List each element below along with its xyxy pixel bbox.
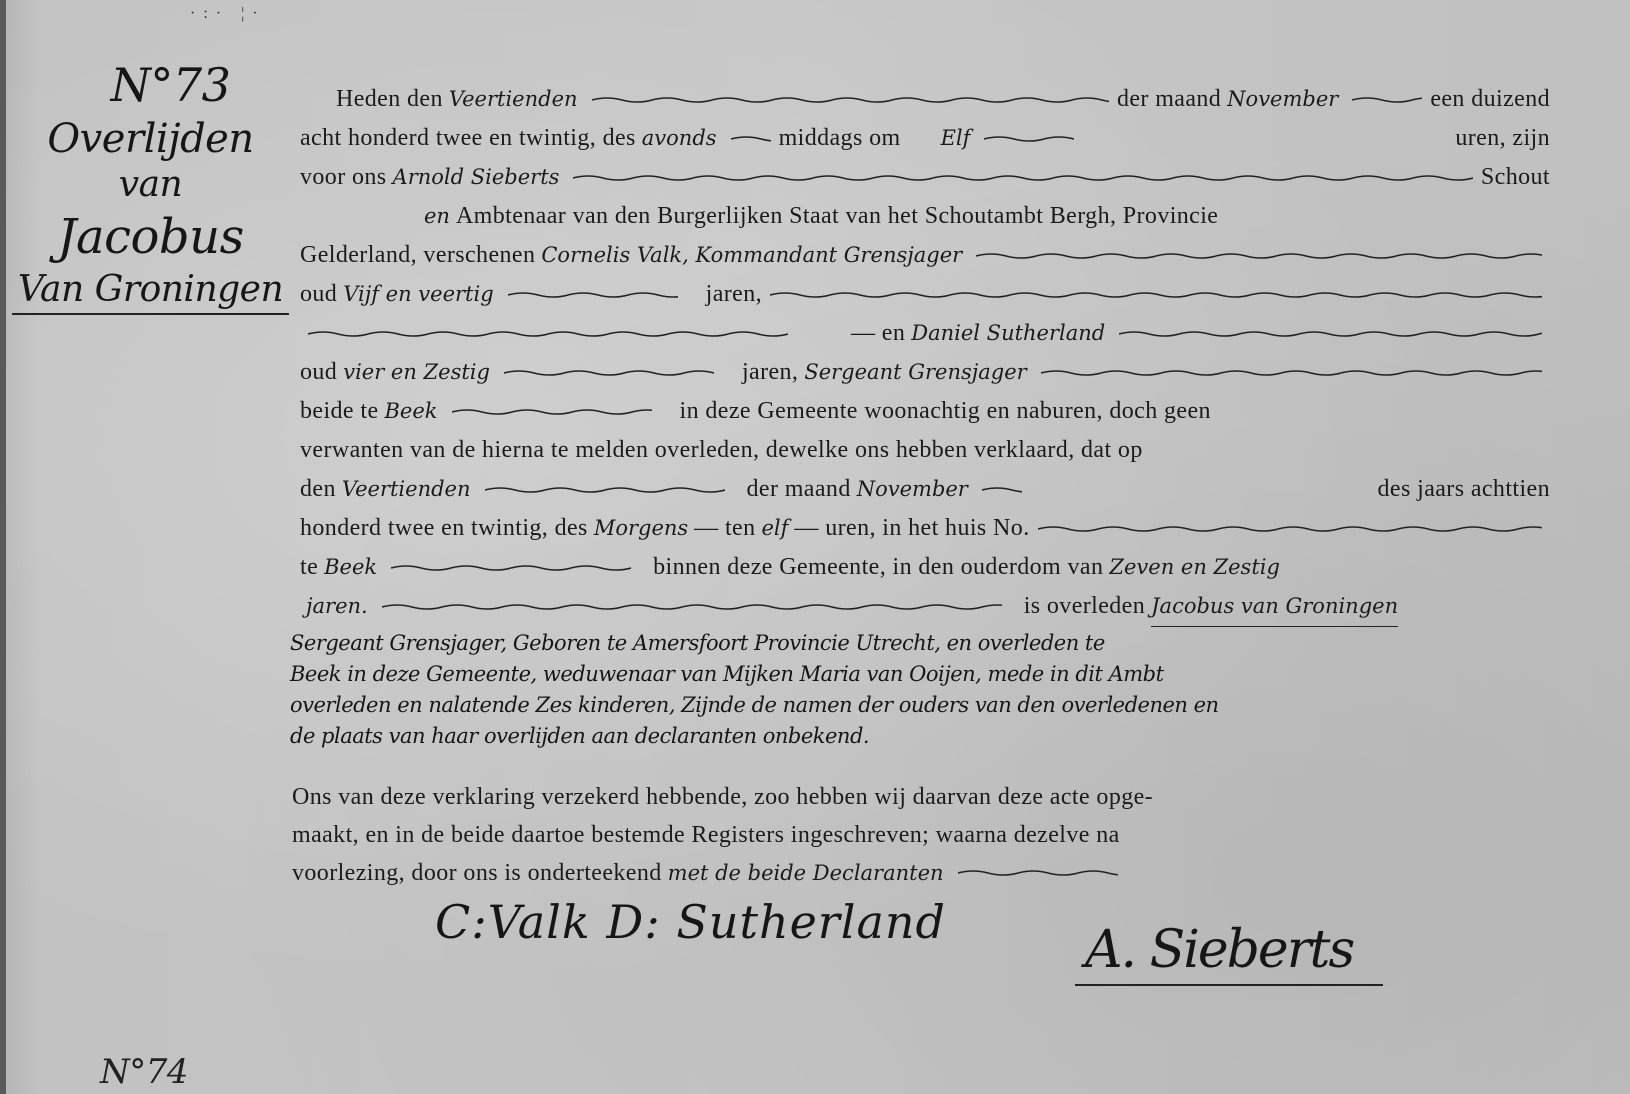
form-row-9: beide te Beek in deze Gemeente woonachti… (300, 392, 1550, 431)
handwritten-age-2: vier en Zestig (343, 353, 490, 392)
printed-text: den (300, 470, 336, 509)
form-row-5: Gelderland, verschenen Cornelis Valk, Ko… (300, 236, 1550, 275)
printed-text: voorlezing, door ons is onderteekend (292, 854, 662, 892)
handwritten-occupation-2: Sergeant Grensjager (804, 353, 1026, 392)
handwritten-details: Sergeant Grensjager, Geboren te Amersfoo… (290, 628, 1560, 752)
printed-text: te (300, 548, 318, 587)
printed-text: maakt, en in de beide daartoe bestemde R… (292, 816, 1120, 854)
printed-text: Gelderland, verschenen (300, 236, 535, 275)
form-row-12: honderd twee en twintig, des Morgens — t… (300, 509, 1550, 548)
handwritten-day: Veertienden (449, 80, 578, 119)
handwritten-official-name: Arnold Sieberts (393, 158, 560, 197)
document-scan: ·:· ¦· N°73 Overlijden van Jacobus Van G… (0, 0, 1630, 1094)
fill-line (508, 290, 678, 300)
margin-line-2: van (8, 163, 293, 207)
handwritten-death-day: Veertienden (342, 470, 471, 509)
form-row-13: te Beek binnen deze Gemeente, in den oud… (300, 548, 1550, 587)
handwritten-line: overleden en nalatende Zes kinderen, Zij… (290, 690, 1560, 721)
handwritten-declarant-2: Daniel Sutherland (911, 314, 1105, 353)
printed-text: oud (300, 353, 337, 392)
fill-line (1119, 329, 1542, 339)
form-row-8: oud vier en Zestig jaren, Sergeant Grens… (300, 353, 1550, 392)
margin-deceased-first-name: Jacobus (8, 207, 293, 267)
page-edge (0, 0, 6, 1094)
record-number: N°73 (48, 55, 293, 115)
fill-line (485, 485, 725, 495)
handwritten-line: Sergeant Grensjager, Geboren te Amersfoo… (290, 628, 1560, 659)
handwritten-word: jaren. (306, 587, 368, 626)
handwritten-hour: Elf (941, 119, 971, 158)
handwritten-residence: Beek (385, 392, 438, 431)
fill-line (573, 173, 1473, 183)
form-row-14: jaren. is overleden Jacobus van Groninge… (300, 587, 1550, 626)
handwritten-death-daypart: Morgens (594, 509, 688, 548)
fill-line (1038, 524, 1542, 534)
closing-row-2: maakt, en in de beide daartoe bestemde R… (292, 816, 1492, 854)
printed-text: jaren, (742, 353, 798, 392)
printed-text: een duizend (1430, 80, 1550, 119)
margin-deceased-surname: Van Groningen (12, 267, 289, 315)
fill-line (1041, 368, 1542, 378)
handwritten-month: November (1227, 80, 1338, 119)
printed-text: uren, zijn (1455, 119, 1550, 158)
fill-line (382, 602, 1002, 612)
printed-text: jaren, (706, 275, 762, 314)
printed-text: — ten (694, 509, 755, 548)
handwritten-daypart: avonds (642, 119, 717, 158)
fill-line (391, 563, 631, 573)
handwritten-line: Beek in deze Gemeente, weduwenaar van Mi… (290, 659, 1560, 690)
form-row-3: voor ons Arnold Sieberts Schout (300, 158, 1550, 197)
printed-text: des jaars achttien (1378, 470, 1550, 509)
printed-text: beide te (300, 392, 379, 431)
margin-annotation: N°73 Overlijden van Jacobus Van Groninge… (8, 55, 293, 315)
printed-text: in deze Gemeente woonachtig en naburen, … (680, 392, 1211, 431)
fill-line (958, 868, 1118, 878)
fill-line (592, 95, 1109, 105)
form-row-6: oud Vijf en veertig jaren, (300, 275, 1550, 314)
printed-text: Ons van deze verklaring verzekerd hebben… (292, 778, 1153, 816)
printed-text: acht honderd twee en twintig, des (300, 119, 636, 158)
handwritten-word: en (424, 197, 450, 236)
form-row-11: den Veertienden der maand November des j… (300, 470, 1550, 509)
handwritten-deceased-age: Zeven en Zestig (1109, 548, 1280, 587)
printed-text: — uren, in het huis No. (794, 509, 1029, 548)
printed-text: der maand (1117, 80, 1221, 119)
fill-line (731, 134, 771, 144)
handwritten-death-month: November (857, 470, 968, 509)
printed-text: middags om (779, 119, 901, 158)
closing-row-1: Ons van deze verklaring verzekerd hebben… (292, 778, 1492, 816)
official-signature: A. Sieberts (1075, 920, 1383, 986)
fill-line (976, 251, 1542, 261)
fill-line (982, 485, 1022, 495)
handwritten-line: de plaats van haar overlijden aan declar… (290, 721, 1560, 752)
handwritten-deceased-name: Jacobus van Groningen (1151, 587, 1398, 627)
printed-text: verwanten van de hierna te melden overle… (300, 431, 1143, 470)
fill-line (504, 368, 714, 378)
printed-text: binnen deze Gemeente, in den ouderdom va… (653, 548, 1103, 587)
declarants-signatures: C:Valk D: Sutherland (435, 895, 946, 949)
printed-text: der maand (747, 470, 851, 509)
handwritten-closing: met de beide Declaranten (668, 854, 944, 892)
fill-line (1352, 95, 1422, 105)
closing-row-3: voorlezing, door ons is onderteekend met… (292, 854, 1492, 892)
printed-text: Heden den (336, 80, 443, 119)
printed-text: is overleden (1024, 587, 1145, 626)
printed-text: — en (851, 314, 905, 353)
margin-line-1: Overlijden (8, 115, 293, 163)
printed-text: Ambtenaar van den Burgerlijken Staat van… (456, 197, 1218, 236)
handwritten-death-hour: elf (762, 509, 789, 548)
handwritten-death-place: Beek (324, 548, 377, 587)
form-row-2: acht honderd twee en twintig, des avonds… (300, 119, 1550, 158)
form-row-10: verwanten van de hierna te melden overle… (300, 431, 1550, 470)
form-body: Heden den Veertienden der maand November… (300, 80, 1550, 626)
fill-line (770, 290, 1542, 300)
fill-line (984, 134, 1074, 144)
fill-line (452, 407, 652, 417)
handwritten-declarant-1: Cornelis Valk, Kommandant Grensjager (541, 236, 962, 275)
printed-text: oud (300, 275, 337, 314)
closing-text: Ons van deze verklaring verzekerd hebben… (292, 778, 1492, 892)
fill-line (308, 329, 788, 339)
form-row-4: en Ambtenaar van den Burgerlijken Staat … (300, 197, 1550, 236)
form-row-1: Heden den Veertienden der maand November… (300, 80, 1550, 119)
form-row-7: — en Daniel Sutherland (300, 314, 1550, 353)
printed-text: Schout (1481, 158, 1550, 197)
handwritten-age-1: Vijf en veertig (343, 275, 493, 314)
ink-specks: ·:· ¦· (190, 5, 266, 23)
printed-text: honderd twee en twintig, des (300, 509, 588, 548)
next-entry-number: N°74 (100, 1052, 188, 1092)
printed-text: voor ons (300, 158, 387, 197)
